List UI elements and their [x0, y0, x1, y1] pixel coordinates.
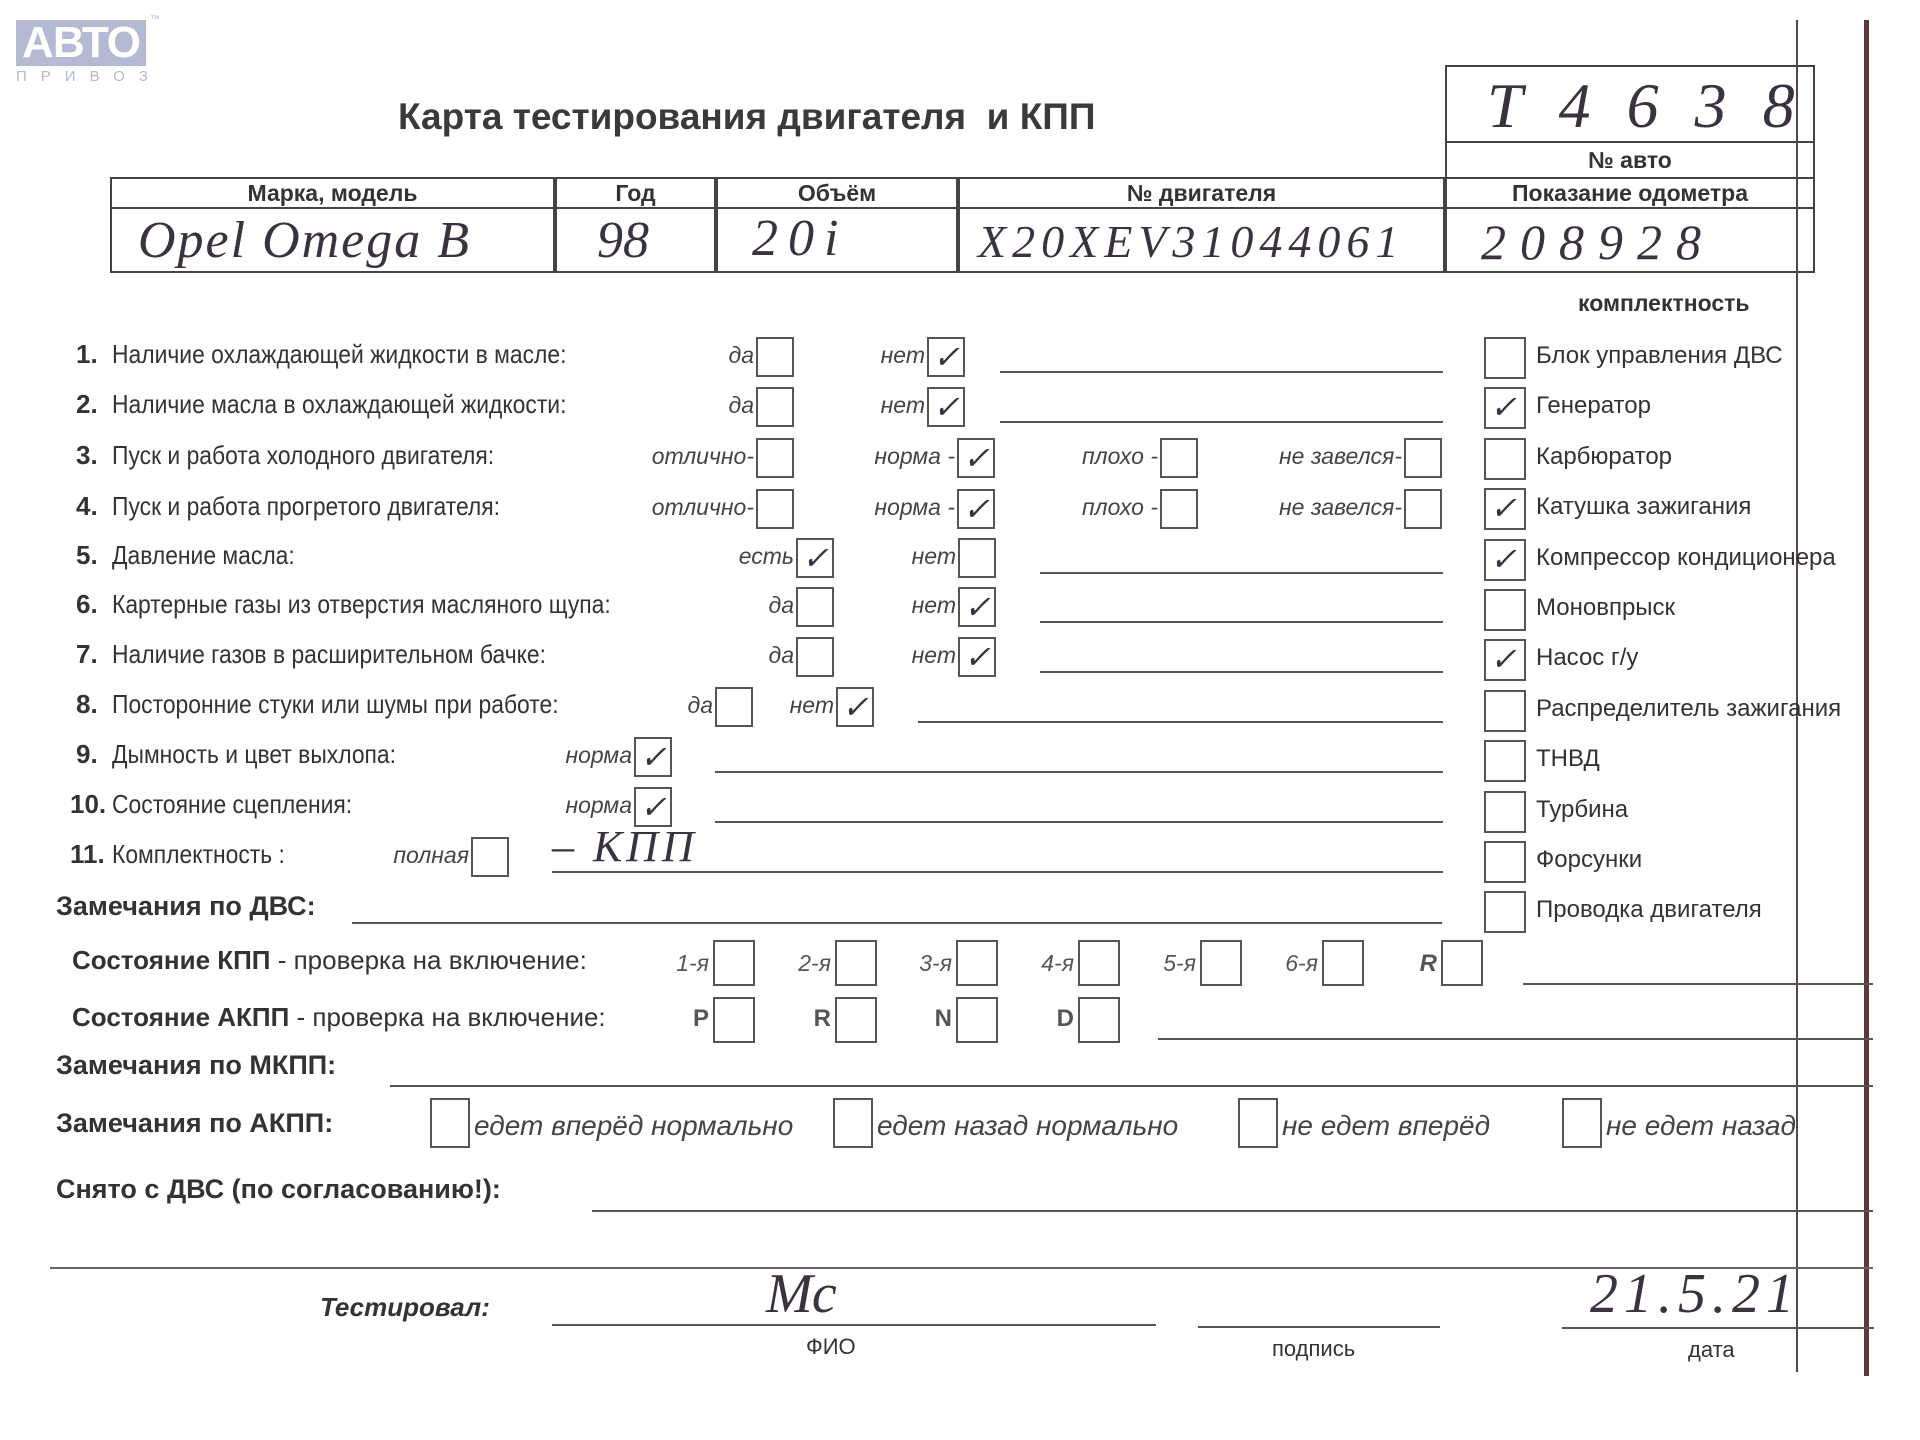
gear-label: P [653, 1005, 709, 1033]
date-caption: дата [1688, 1337, 1735, 1363]
column-header: Показание одометра [1445, 177, 1815, 209]
signature-field[interactable] [1198, 1326, 1440, 1328]
akpp-remark-label: едет назад нормально [877, 1110, 1178, 1142]
column-value-cell: Opel Omega B [110, 207, 555, 273]
completeness-item-label: Насос г/у [1536, 644, 1638, 672]
option-checkbox[interactable]: ✓ [634, 737, 672, 777]
check-mark-icon: ✓ [964, 587, 991, 627]
option-label: нет [776, 543, 956, 570]
check-mark-icon: ✓ [1490, 539, 1517, 579]
option-checkbox[interactable]: ✓ [958, 637, 996, 677]
option-checkbox[interactable]: ✓ [927, 387, 965, 427]
check-mark-icon: ✓ [842, 687, 869, 727]
completeness-item-label: Форсунки [1536, 846, 1642, 874]
kpp-label-bold: Состояние КПП [72, 945, 271, 975]
question-number: 8. [76, 689, 98, 720]
option-label: не завелся- [1222, 443, 1402, 470]
completeness-checkbox[interactable]: ✓ [1484, 488, 1526, 530]
remarks-engine-field[interactable] [352, 922, 1442, 924]
akpp-label-rest: - проверка на включение: [289, 1002, 605, 1032]
question-text: Комплектность : [112, 839, 285, 870]
name-field-line [552, 1324, 1156, 1326]
gear-label: R [1361, 950, 1437, 978]
option-checkbox[interactable] [958, 538, 996, 578]
check-mark-icon: ✓ [640, 737, 667, 777]
question-text: Дымность и цвет выхлопа: [112, 739, 396, 770]
gear-label: 6-я [1242, 950, 1318, 977]
completeness-item-label: ТНВД [1536, 745, 1600, 773]
question-text: Пуск и работа прогретого двигателя: [112, 491, 500, 522]
gear-checkbox[interactable] [956, 940, 998, 986]
logo: АВТО [16, 20, 146, 66]
signature-caption: подпись [1272, 1336, 1355, 1362]
car-number-cell: Т 4 6 3 8 [1445, 65, 1815, 143]
option-checkbox[interactable]: ✓ [927, 337, 965, 377]
akpp-remark-checkbox[interactable] [1238, 1098, 1278, 1148]
question-number: 4. [76, 491, 98, 522]
gear-checkbox[interactable] [1441, 940, 1483, 986]
gear-label: 1-я [633, 950, 709, 977]
gear-checkbox[interactable] [713, 997, 755, 1043]
question-text: Картерные газы из отверстия масляного щу… [112, 589, 611, 620]
completeness-checkbox[interactable]: ✓ [1484, 387, 1526, 429]
gear-checkbox[interactable] [1078, 997, 1120, 1043]
completeness-title: комплектность [1578, 290, 1750, 317]
remarks-akpp-label: Замечания по АКПП: [56, 1108, 333, 1139]
completeness-checkbox[interactable]: ✓ [1484, 539, 1526, 581]
remarks-field[interactable] [1040, 572, 1443, 574]
logo-tm: ™ [150, 14, 160, 25]
option-label: есть [614, 543, 794, 570]
question-number: 1. [76, 339, 98, 370]
gear-label: 3-я [876, 950, 952, 977]
removed-label: Снято с ДВС (по согласованию!): [56, 1174, 501, 1205]
kpp-remarks-field[interactable] [1523, 983, 1873, 985]
check-mark-icon: ✓ [964, 637, 991, 677]
option-label: да [574, 392, 754, 419]
option-label: нет [745, 342, 925, 369]
remarks-field[interactable] [1040, 671, 1443, 673]
column-value[interactable]: Opel Omega B [138, 211, 471, 270]
column-value[interactable]: 208928 [1481, 213, 1715, 271]
completeness-checkbox[interactable] [1484, 841, 1526, 883]
column-header: Объём [716, 177, 958, 209]
remarks-mkpp-label: Замечания по МКПП: [56, 1050, 336, 1081]
question-number: 6. [76, 589, 98, 620]
remarks-field[interactable] [1040, 621, 1443, 623]
remarks-field[interactable] [552, 871, 1443, 873]
removed-field[interactable] [592, 1210, 1873, 1212]
completeness-item-label: Проводка двигателя [1536, 896, 1762, 924]
gear-label: 2-я [755, 950, 831, 977]
remarks-mkpp-field[interactable] [390, 1085, 1873, 1087]
option-checkbox[interactable]: ✓ [958, 587, 996, 627]
question-number: 7. [76, 639, 98, 670]
option-checkbox[interactable] [1160, 489, 1198, 529]
gear-label: R [775, 1005, 831, 1033]
option-label: отлично- [574, 494, 754, 521]
completeness-note[interactable]: – КПП [552, 821, 698, 872]
check-mark-icon: ✓ [1490, 488, 1517, 528]
gear-checkbox[interactable] [835, 940, 877, 986]
question-number: 10. [70, 789, 106, 820]
option-label: норма - [775, 494, 955, 521]
gear-checkbox[interactable] [835, 997, 877, 1043]
completeness-item-label: Катушка зажигания [1536, 493, 1751, 521]
option-label: плохо - [978, 443, 1158, 470]
date-value[interactable]: 21.5.21 [1590, 1262, 1800, 1326]
question-number: 2. [76, 389, 98, 420]
tested-label: Тестировал: [320, 1292, 490, 1323]
remarks-engine-label: Замечания по ДВС: [56, 891, 316, 922]
akpp-remark-checkbox[interactable] [430, 1098, 470, 1148]
akpp-remark-label: не едет вперёд [1282, 1110, 1490, 1142]
completeness-item-label: Генератор [1536, 392, 1651, 420]
remarks-field[interactable] [1000, 421, 1443, 423]
column-header: Год [555, 177, 716, 209]
name-caption: ФИО [806, 1334, 856, 1360]
car-number-label: № авто [1445, 141, 1815, 179]
option-label: полная [289, 842, 469, 869]
completeness-checkbox[interactable] [1484, 589, 1526, 631]
check-mark-icon: ✓ [933, 387, 960, 427]
option-checkbox[interactable] [471, 837, 509, 877]
question-number: 9. [76, 739, 98, 770]
akpp-remarks-field[interactable] [1158, 1038, 1873, 1040]
column-value-cell: 98 [555, 207, 716, 273]
option-label: нет [776, 642, 956, 669]
logo-subtitle: ПРИВОЗ [16, 68, 162, 85]
akpp-label-bold: Состояние АКПП [72, 1002, 289, 1032]
question-text: Пуск и работа холодного двигателя: [112, 440, 494, 471]
column-value[interactable]: X20XEV31044061 [978, 215, 1404, 268]
gear-label: N [896, 1005, 952, 1033]
akpp-remark-label: не едет назад [1606, 1110, 1796, 1142]
question-text: Наличие газов в расширительном бачке: [112, 639, 546, 670]
page-title: Карта тестирования двигателя и КПП [398, 96, 1095, 138]
column-value-cell: X20XEV31044061 [958, 207, 1445, 273]
question-number: 11. [70, 839, 105, 870]
akpp-remark-label: едет вперёд нормально [474, 1110, 793, 1142]
completeness-checkbox[interactable] [1484, 891, 1526, 933]
question-text: Наличие охлаждающей жидкости в масле: [112, 339, 566, 370]
check-mark-icon: ✓ [1490, 639, 1517, 679]
akpp-remark-checkbox[interactable] [1562, 1098, 1602, 1148]
gear-checkbox[interactable] [956, 997, 998, 1043]
option-checkbox[interactable] [1404, 438, 1442, 478]
gear-checkbox[interactable] [713, 940, 755, 986]
remarks-field[interactable] [918, 721, 1443, 723]
column-value[interactable]: 98 [597, 211, 649, 270]
question-number: 3. [76, 440, 98, 471]
date-field-line [1562, 1327, 1874, 1329]
option-label: плохо - [978, 494, 1158, 521]
column-header: Марка, модель [110, 177, 555, 209]
option-label: норма - [775, 443, 955, 470]
completeness-item-label: Блок управления ДВС [1536, 342, 1783, 370]
gear-checkbox[interactable] [1322, 940, 1364, 986]
option-checkbox[interactable] [1404, 489, 1442, 529]
option-label: да [614, 642, 794, 669]
completeness-checkbox[interactable] [1484, 337, 1526, 379]
completeness-checkbox[interactable] [1484, 791, 1526, 833]
akpp-label: Состояние АКПП - проверка на включение: [72, 1002, 606, 1033]
column-header: № двигателя [958, 177, 1445, 209]
remarks-field[interactable] [1000, 371, 1443, 373]
kpp-label: Состояние КПП - проверка на включение: [72, 945, 587, 976]
option-label: отлично- [574, 443, 754, 470]
gear-checkbox[interactable] [1078, 940, 1120, 986]
check-mark-icon: ✓ [933, 337, 960, 377]
completeness-item-label: Турбина [1536, 796, 1628, 824]
option-label: нет [745, 392, 925, 419]
completeness-item-label: Распределитель зажигания [1536, 695, 1841, 723]
name-value[interactable]: Мс [766, 1262, 837, 1326]
completeness-item-label: Карбюратор [1536, 443, 1672, 471]
car-number-value[interactable]: Т 4 6 3 8 [1487, 69, 1805, 143]
option-label: нет [776, 592, 956, 619]
margin-line-thick [1864, 20, 1869, 1376]
remarks-field[interactable] [715, 821, 1443, 823]
completeness-checkbox[interactable] [1484, 438, 1526, 480]
option-label: нет [654, 692, 834, 719]
akpp-remark-checkbox[interactable] [833, 1098, 873, 1148]
option-label: норма [452, 742, 632, 769]
question-number: 5. [76, 540, 98, 571]
question-text: Посторонние стуки или шумы при работе: [112, 689, 559, 720]
completeness-checkbox[interactable] [1484, 740, 1526, 782]
gear-label: 5-я [1120, 950, 1196, 977]
completeness-item-label: Моновпрыск [1536, 594, 1675, 622]
question-text: Наличие масла в охлаждающей жидкости: [112, 389, 566, 420]
completeness-checkbox[interactable] [1484, 690, 1526, 732]
completeness-item-label: Компрессор кондиционера [1536, 544, 1836, 572]
check-mark-icon: ✓ [1490, 387, 1517, 427]
question-text: Давление масла: [112, 540, 295, 571]
completeness-checkbox[interactable]: ✓ [1484, 639, 1526, 681]
option-label: не завелся- [1222, 494, 1402, 521]
option-label: да [574, 342, 754, 369]
gear-label: 4-я [998, 950, 1074, 977]
column-value[interactable]: 20i [752, 209, 848, 268]
gear-label: D [1018, 1005, 1074, 1033]
remarks-field[interactable] [715, 771, 1443, 773]
gear-checkbox[interactable] [1200, 940, 1242, 986]
option-label: да [614, 592, 794, 619]
column-value-cell: 208928 [1445, 207, 1815, 273]
column-value-cell: 20i [716, 207, 958, 273]
option-checkbox[interactable]: ✓ [836, 687, 874, 727]
option-checkbox[interactable] [1160, 438, 1198, 478]
kpp-label-rest: - проверка на включение: [271, 945, 587, 975]
option-label: норма [452, 792, 632, 819]
question-text: Состояние сцепления: [112, 789, 352, 820]
